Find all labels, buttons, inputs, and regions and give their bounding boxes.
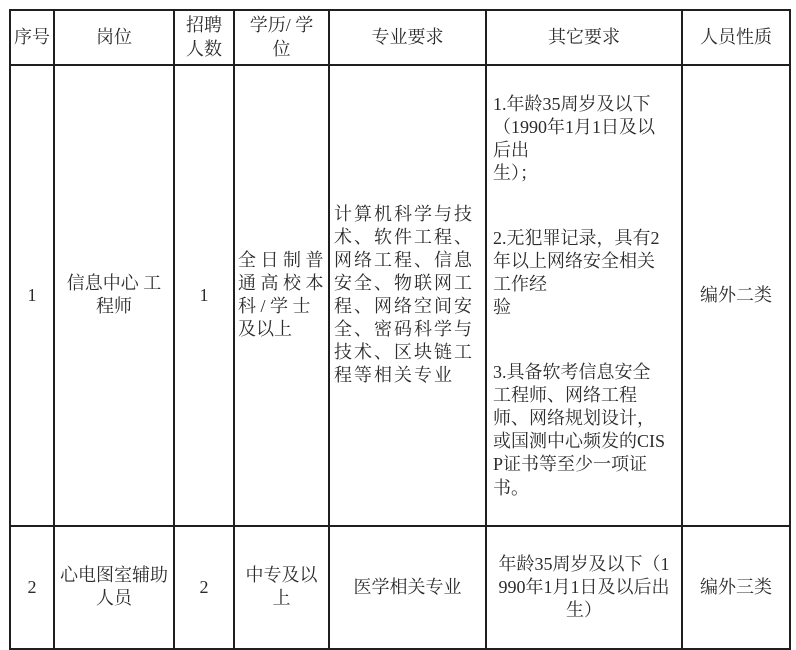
table-row: 1 信息中心 工 程师 1 全 日 制 普 通 高 校 本 科 / 学 士 及以… [10,65,790,526]
header-other-requirements: 其它要求 [486,10,682,65]
personnel-type-cell: 编外二类 [682,65,790,526]
requirement-item: 3.具备软考信息安全 工程师、网络工程 师、网络规划设计， 或国测中心频发的CI… [493,361,675,499]
education-cell: 全 日 制 普 通 高 校 本 科 / 学 士 及以上 [234,65,329,526]
requirement-item: 2.无犯罪记录，具有2 年以上网络安全相关 工作经 验 [493,227,675,319]
document-page: 序号 岗位 招聘 人数 学历/ 学 位 专业要求 其它要求 人员性质 1 信息中… [0,0,796,545]
other-requirements-cell: 1.年龄35周岁及以下 （1990年1月1日及以 后出 生）； 2.无犯罪记录，… [486,65,682,526]
header-recruit-count: 招聘 人数 [174,10,234,65]
header-position: 岗位 [54,10,174,65]
other-requirements-cell: 年龄35周岁及以下（1 990年1月1日及以后出 生） [486,526,682,649]
header-serial: 序号 [10,10,54,65]
personnel-type-cell: 编外三类 [682,526,790,649]
major-cell: 医学相关专业 [329,526,486,649]
header-major-requirements: 专业要求 [329,10,486,65]
position-cell: 心电图室辅助 人员 [54,526,174,649]
header-education-degree: 学历/ 学 位 [234,10,329,65]
education-cell: 中专及以 上 [234,526,329,649]
serial-cell: 2 [10,526,54,649]
header-personnel-type: 人员性质 [682,10,790,65]
major-cell: 计算机科学与技 术、软件工程、 网络工程、信息 安全、物联网工 程、网络空间安 … [329,65,486,526]
header-row: 序号 岗位 招聘 人数 学历/ 学 位 专业要求 其它要求 人员性质 [10,10,790,65]
requirement-item: 年龄35周岁及以下（1 990年1月1日及以后出 生） [491,553,677,622]
recruitment-table: 序号 岗位 招聘 人数 学历/ 学 位 专业要求 其它要求 人员性质 1 信息中… [9,9,791,650]
requirement-item: 1.年龄35周岁及以下 （1990年1月1日及以 后出 生）； [493,93,675,185]
count-cell: 1 [174,65,234,526]
count-cell: 2 [174,526,234,649]
position-cell: 信息中心 工 程师 [54,65,174,526]
serial-cell: 1 [10,65,54,526]
table-row: 2 心电图室辅助 人员 2 中专及以 上 医学相关专业 年龄35周岁及以下（1 … [10,526,790,649]
